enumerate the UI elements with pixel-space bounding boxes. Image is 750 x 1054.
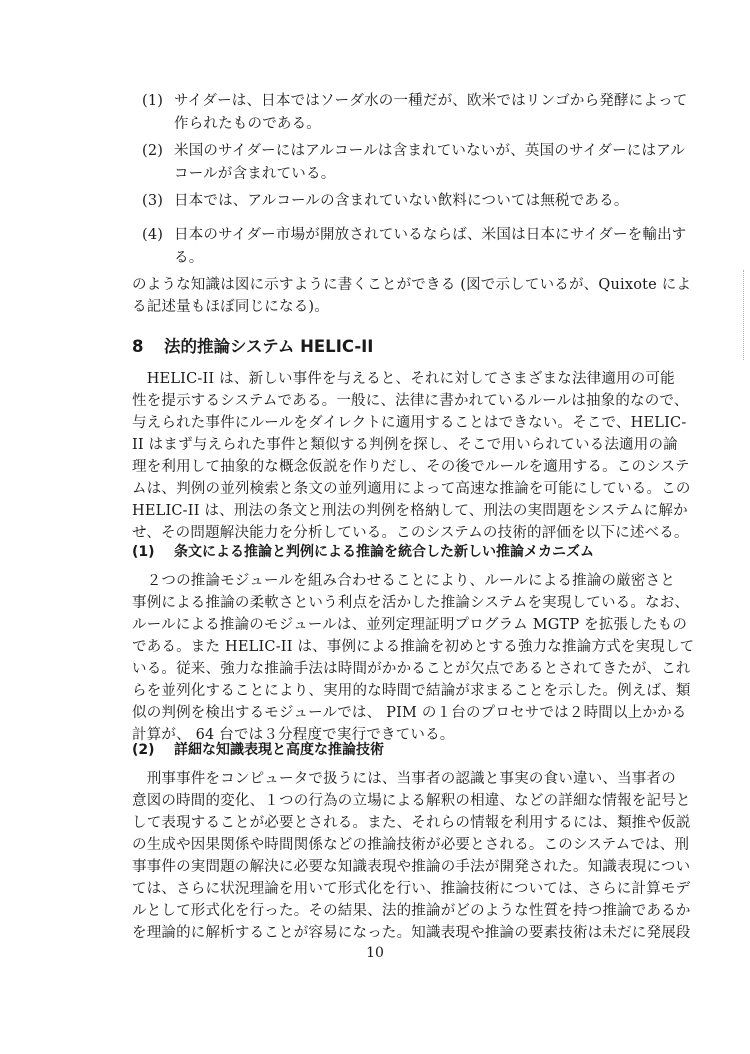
paragraph-line: のような知識は図に示すように書くことができる (図で示しているが、Quixote… [132, 274, 662, 297]
list-line: る。 [174, 247, 686, 270]
subsection-heading: (2)詳細な知識表現と高度な推論技術 [132, 740, 384, 760]
list-number: (3) [142, 190, 163, 213]
subsection-heading: (1)条文による推論と判例による推論を統合した新しい推論メカニズム [132, 542, 594, 562]
subsection-title: 条文による推論と判例による推論を統合した新しい推論メカニズム [174, 544, 594, 560]
paragraph-line: 事事件の実問題の解決に必要な知識表現や推論の手法が開発された。知識表現につい [132, 856, 662, 879]
list-number: (4) [142, 224, 163, 247]
scan-edge-mark [743, 270, 745, 360]
paragraph-line: 与えられた事件にルールをダイレクトに適用することはできない。そこで、HELIC- [132, 412, 662, 435]
paragraph-line: らを並列化することにより、実用的な時間で結論が求まることを示した。例えば、類 [132, 680, 662, 703]
paragraph-line: る記述量もほぼ同じになる)。 [132, 296, 662, 319]
paragraph-line: ては、さらに状況理論を用いて形式化を行い、推論技術については、さらに計算モデ [132, 878, 662, 901]
subsection-title: 詳細な知識表現と高度な推論技術 [174, 742, 384, 758]
paragraph-line: いる。従来、強力な推論手法は時間がかかることが欠点であるとされてきたが、これ [132, 658, 662, 681]
list-line: 米国のサイダーにはアルコールは含まれていないが、英国のサイダーにはアル [174, 140, 685, 163]
list-number: (1) [142, 90, 163, 113]
paragraph-line: 似の判例を検出するモジュールでは、 PIM の１台のプロセサでは２時間以上かかる [132, 702, 662, 725]
paragraph-line: II はまず与えられた事件と類似する判例を探し、そこで用いられている法適用の論 [132, 434, 662, 457]
paragraph-line: である。また HELIC-II は、事例による推論を初めとする強力な推論方式を実… [132, 636, 662, 659]
list-line: 日本のサイダー市場が開放されているならば、米国は日本にサイダーを輸出す [174, 224, 686, 247]
list-line: コールが含まれている。 [174, 163, 685, 186]
list-line: 日本では、アルコールの含まれていない飲料については無税である。 [174, 190, 629, 213]
paragraph-line: の生成や因果関係や時間関係などの推論技術が必要とされる。このシステムでは、刑 [132, 834, 662, 857]
paragraph-line: 刑事事件をコンピュータで扱うには、当事者の認識と事実の食い違い、当事者の [132, 768, 662, 791]
paragraph-line: 意図の時間的変化、１つの行為の立場による解釈の相違、などの詳細な情報を記号と [132, 790, 662, 813]
paragraph-line: ２つの推論モジュールを組み合わせることにより、ルールによる推論の厳密さと [132, 570, 662, 593]
section-title: 法的推論システム HELIC-II [164, 337, 373, 356]
subsection-number: (1) [132, 542, 174, 562]
paragraph-line: HELIC-II は、刑法の条文と刑法の判例を格納して、刑法の実問題をシステムに… [132, 500, 662, 523]
section-number: 8 [132, 336, 164, 358]
section-heading: 8法的推論システム HELIC-II [132, 336, 373, 358]
paragraph-line: 理を利用して抽象的な概念仮説を作りだし、その後でルールを適用する。このシステ [132, 456, 662, 479]
paragraph-line: ムは、判例の並列検索と条文の並列適用によって高速な推論を可能にしている。この [132, 478, 662, 501]
paragraph-line: 事例による推論の柔軟さという利点を活かした推論システムを実現している。なお、 [132, 592, 662, 615]
paragraph-line: 性を提示するシステムである。一般に、法律に書かれているルールは抽象的なので、 [132, 390, 662, 413]
page-number: 10 [0, 945, 750, 961]
paragraph-line: ルールによる推論のモジュールは、並列定理証明プログラム MGTP を拡張したもの [132, 614, 662, 637]
paragraph-line: して表現することが必要とされる。また、それらの情報を利用するには、類推や仮説 [132, 812, 662, 835]
list-number: (2) [142, 140, 163, 163]
paragraph-line: ルとして形式化を行った。その結果、法的推論がどのような性質を持つ推論であるか [132, 900, 662, 923]
list-line: サイダーは、日本ではソーダ水の一種だが、欧米ではリンゴから発酵によって [174, 90, 687, 113]
subsection-number: (2) [132, 740, 174, 760]
document-page: (1) サイダーは、日本ではソーダ水の一種だが、欧米ではリンゴから発酵によって … [0, 0, 750, 1054]
paragraph-line: を理論的に解析することが容易になった。知識表現や推論の要素技術は未だに発展段 [132, 922, 662, 945]
paragraph-line: HELIC-II は、新しい事件を与えると、それに対してさまざまな法律適用の可能 [132, 368, 662, 391]
list-line: 作られたものである。 [174, 113, 687, 136]
